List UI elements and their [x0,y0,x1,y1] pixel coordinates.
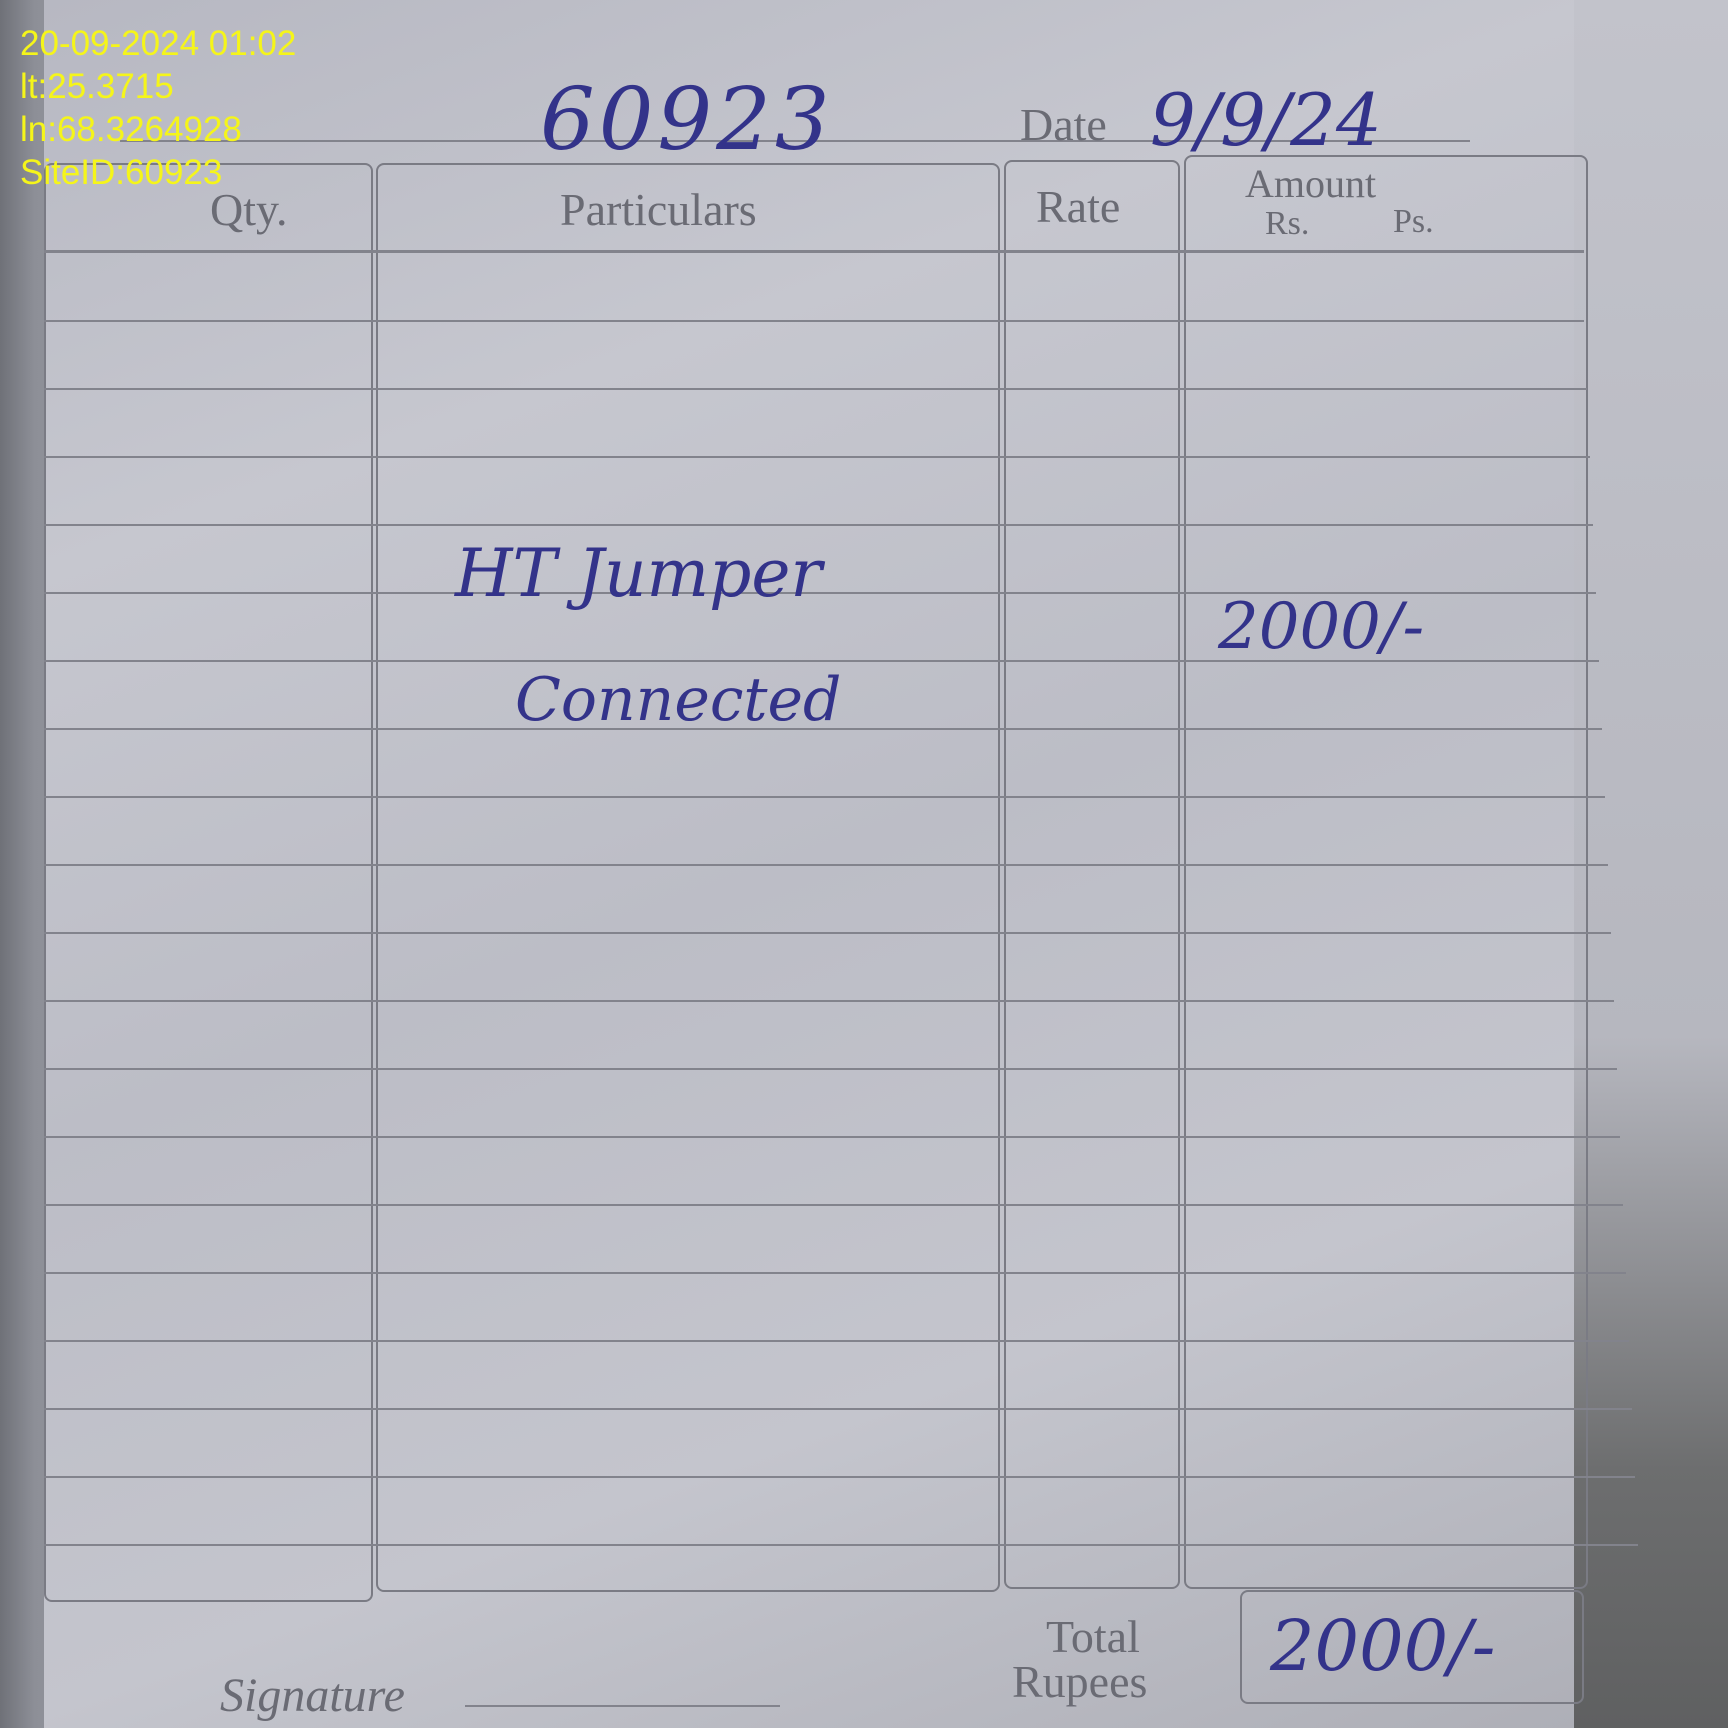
ruled-line [44,1272,1626,1274]
total-value: 2000/- [1270,1605,1495,1687]
date-label: Date [1020,98,1107,151]
item-particulars-line2: Connected [515,665,841,735]
qty-column [44,163,373,1602]
ruled-line [44,864,1608,866]
total-label-line2: Rupees [1012,1655,1147,1708]
ruled-line [44,1000,1614,1002]
date-value: 9/9/24 [1150,78,1382,162]
bill-number: 60923 [540,70,834,170]
ruled-line [44,320,1584,322]
ruled-line [44,1544,1638,1546]
ruled-line [44,1204,1623,1206]
signature-label: Signature [220,1668,405,1723]
stamp-datetime: 20-09-2024 01:02 [20,22,296,65]
stamp-longitude: ln:68.3264928 [20,108,296,151]
gps-stamp-overlay: 20-09-2024 01:02 lt:25.3715 ln:68.326492… [20,22,296,194]
stamp-latitude: lt:25.3715 [20,65,296,108]
ruled-line [44,524,1593,526]
ruled-line [44,796,1605,798]
rate-column [1004,160,1180,1589]
ruled-line [44,1136,1620,1138]
ruled-line [44,1068,1617,1070]
header-divider [44,250,1584,253]
particulars-column [376,163,1000,1592]
amount-column [1184,155,1588,1589]
ruled-line [44,1476,1635,1478]
item-particulars-line1: HT Jumper [455,535,822,612]
item-amount: 2000/- [1218,590,1424,664]
ruled-line [44,932,1611,934]
ruled-line [44,1340,1629,1342]
header-ps: Ps. [1393,203,1434,241]
signature-line [465,1705,780,1707]
header-rs: Rs. [1265,205,1309,243]
ruled-line [44,456,1590,458]
header-amount: Amount [1245,160,1376,207]
ruled-line [44,388,1587,390]
ruled-line [44,1408,1632,1410]
header-rate: Rate [1036,180,1120,233]
header-particulars: Particulars [560,183,757,236]
header-qty: Qty. [210,183,288,236]
